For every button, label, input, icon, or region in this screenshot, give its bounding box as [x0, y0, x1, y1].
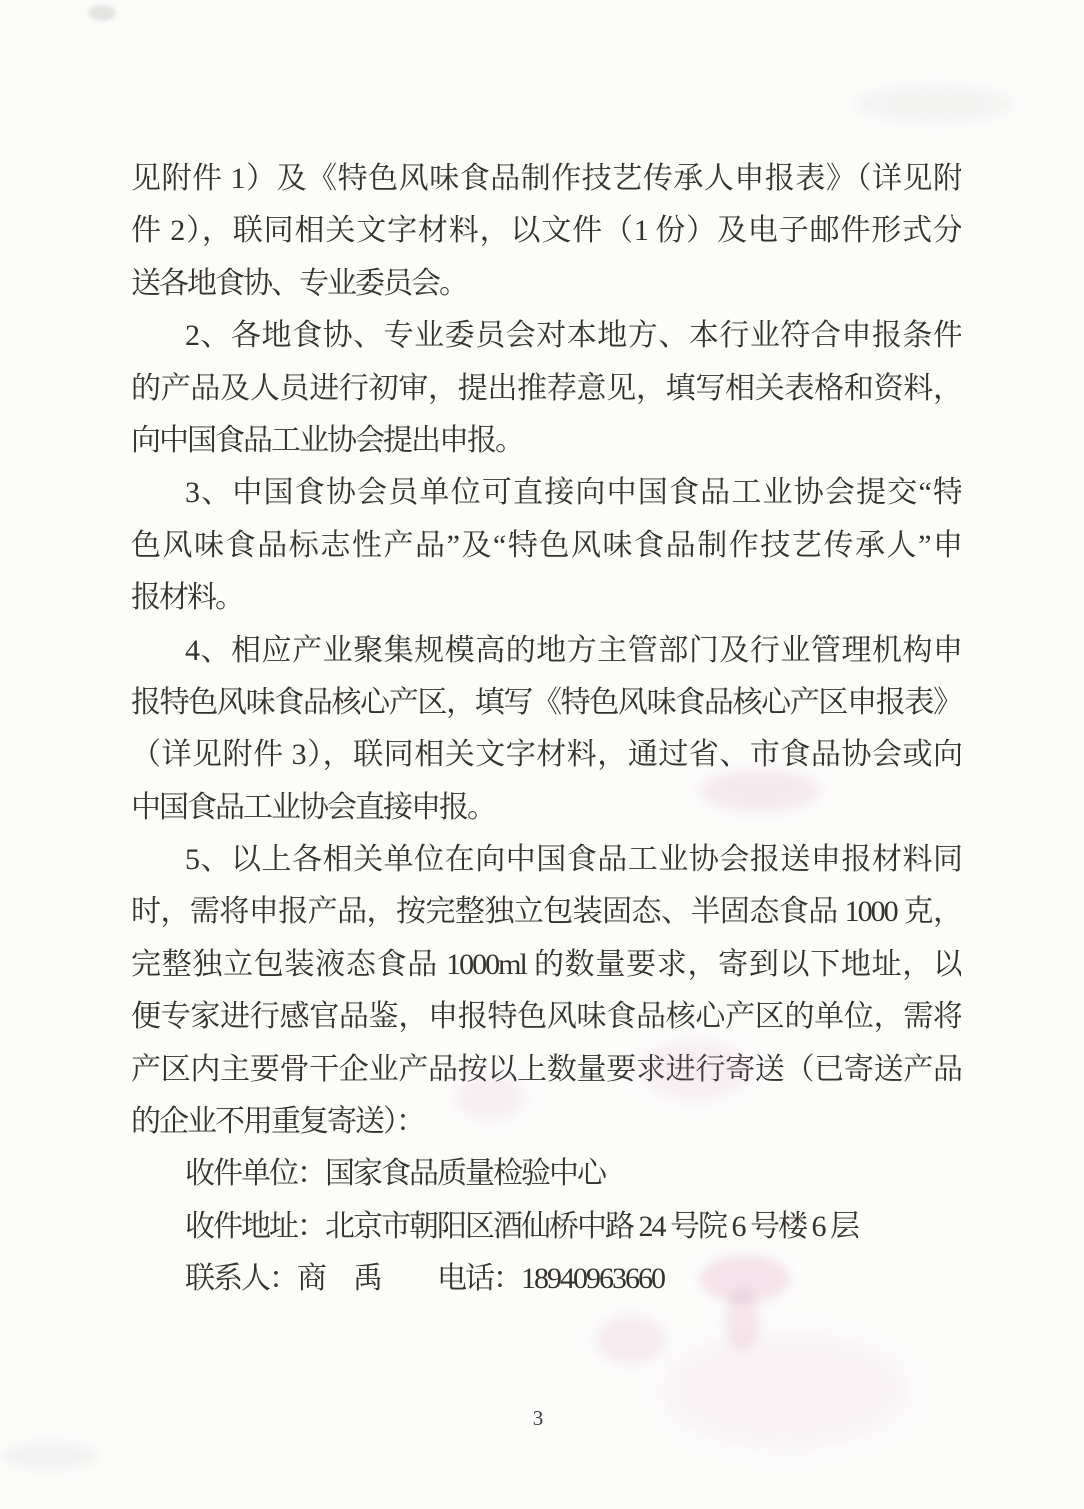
- text-line: （详见附件 3），联同相关文字材料，通过省、市食品协会或向: [131, 729, 961, 781]
- text-line: 便专家进行感官品鉴，申报特色风味食品核心产区的单位，需将: [131, 991, 961, 1043]
- scan-smudge: [88, 5, 116, 21]
- page-number: 3: [516, 1406, 560, 1431]
- text-line contact-line: 联系人：商 禹 电话：18940963660: [131, 1253, 961, 1305]
- scanned-document-page: 见附件 1）及《特色风味食品制作技艺传承人申报表》（详见附 件 2），联同相关文…: [0, 0, 1084, 1509]
- text-line: 中国食品工业协会直接申报。: [131, 782, 961, 834]
- text-line: 5、以上各相关单位在向中国食品工业协会报送申报材料同: [131, 834, 961, 886]
- scan-smudge: [0, 1443, 100, 1469]
- text-line: 的企业不用重复寄送）：: [131, 1096, 961, 1148]
- text-line: 报特色风味食品核心产区，填写《特色风味食品核心产区申报表》: [131, 677, 961, 729]
- text-line: 向中国食品工业协会提出申报。: [131, 415, 961, 467]
- text-line: 报材料。: [131, 572, 961, 624]
- text-line: 3、中国食协会员单位可直接向中国食品工业协会提交“特: [131, 467, 961, 519]
- text-line: 4、相应产业聚集规模高的地方主管部门及行业管理机构申: [131, 625, 961, 677]
- scan-smudge: [855, 85, 1015, 123]
- text-line recipient-unit-line: 收件单位：国家食品质量检验中心: [131, 1148, 961, 1200]
- text-line: 件 2），联同相关文字材料，以文件（1 份）及电子邮件形式分: [131, 205, 961, 257]
- text-line: 产区内主要骨干企业产品按以上数量要求进行寄送（已寄送产品: [131, 1044, 961, 1096]
- text-line: 色风味食品标志性产品”及“特色风味食品制作技艺传承人”申: [131, 520, 961, 572]
- text-line: 完整独立包装液态食品 1000ml 的数量要求，寄到以下地址，以: [131, 939, 961, 991]
- ink-bleed-stain: [596, 1315, 666, 1365]
- text-line: 时，需将申报产品，按完整独立包装固态、半固态食品 1000 克，: [131, 886, 961, 938]
- text-line: 送各地食协、专业委员会。: [131, 258, 961, 310]
- text-line: 的产品及人员进行初审，提出推荐意见，填写相关表格和资料，: [131, 363, 961, 415]
- document-body: 见附件 1）及《特色风味食品制作技艺传承人申报表》（详见附 件 2），联同相关文…: [131, 153, 961, 1306]
- text-line recipient-address-line: 收件地址：北京市朝阳区酒仙桥中路 24 号院 6 号楼 6 层: [131, 1201, 961, 1253]
- text-line: 2、各地食协、专业委员会对本地方、本行业符合申报条件: [131, 310, 961, 362]
- ink-bleed-stain: [660, 1330, 910, 1450]
- text-line: 见附件 1）及《特色风味食品制作技艺传承人申报表》（详见附: [131, 153, 961, 205]
